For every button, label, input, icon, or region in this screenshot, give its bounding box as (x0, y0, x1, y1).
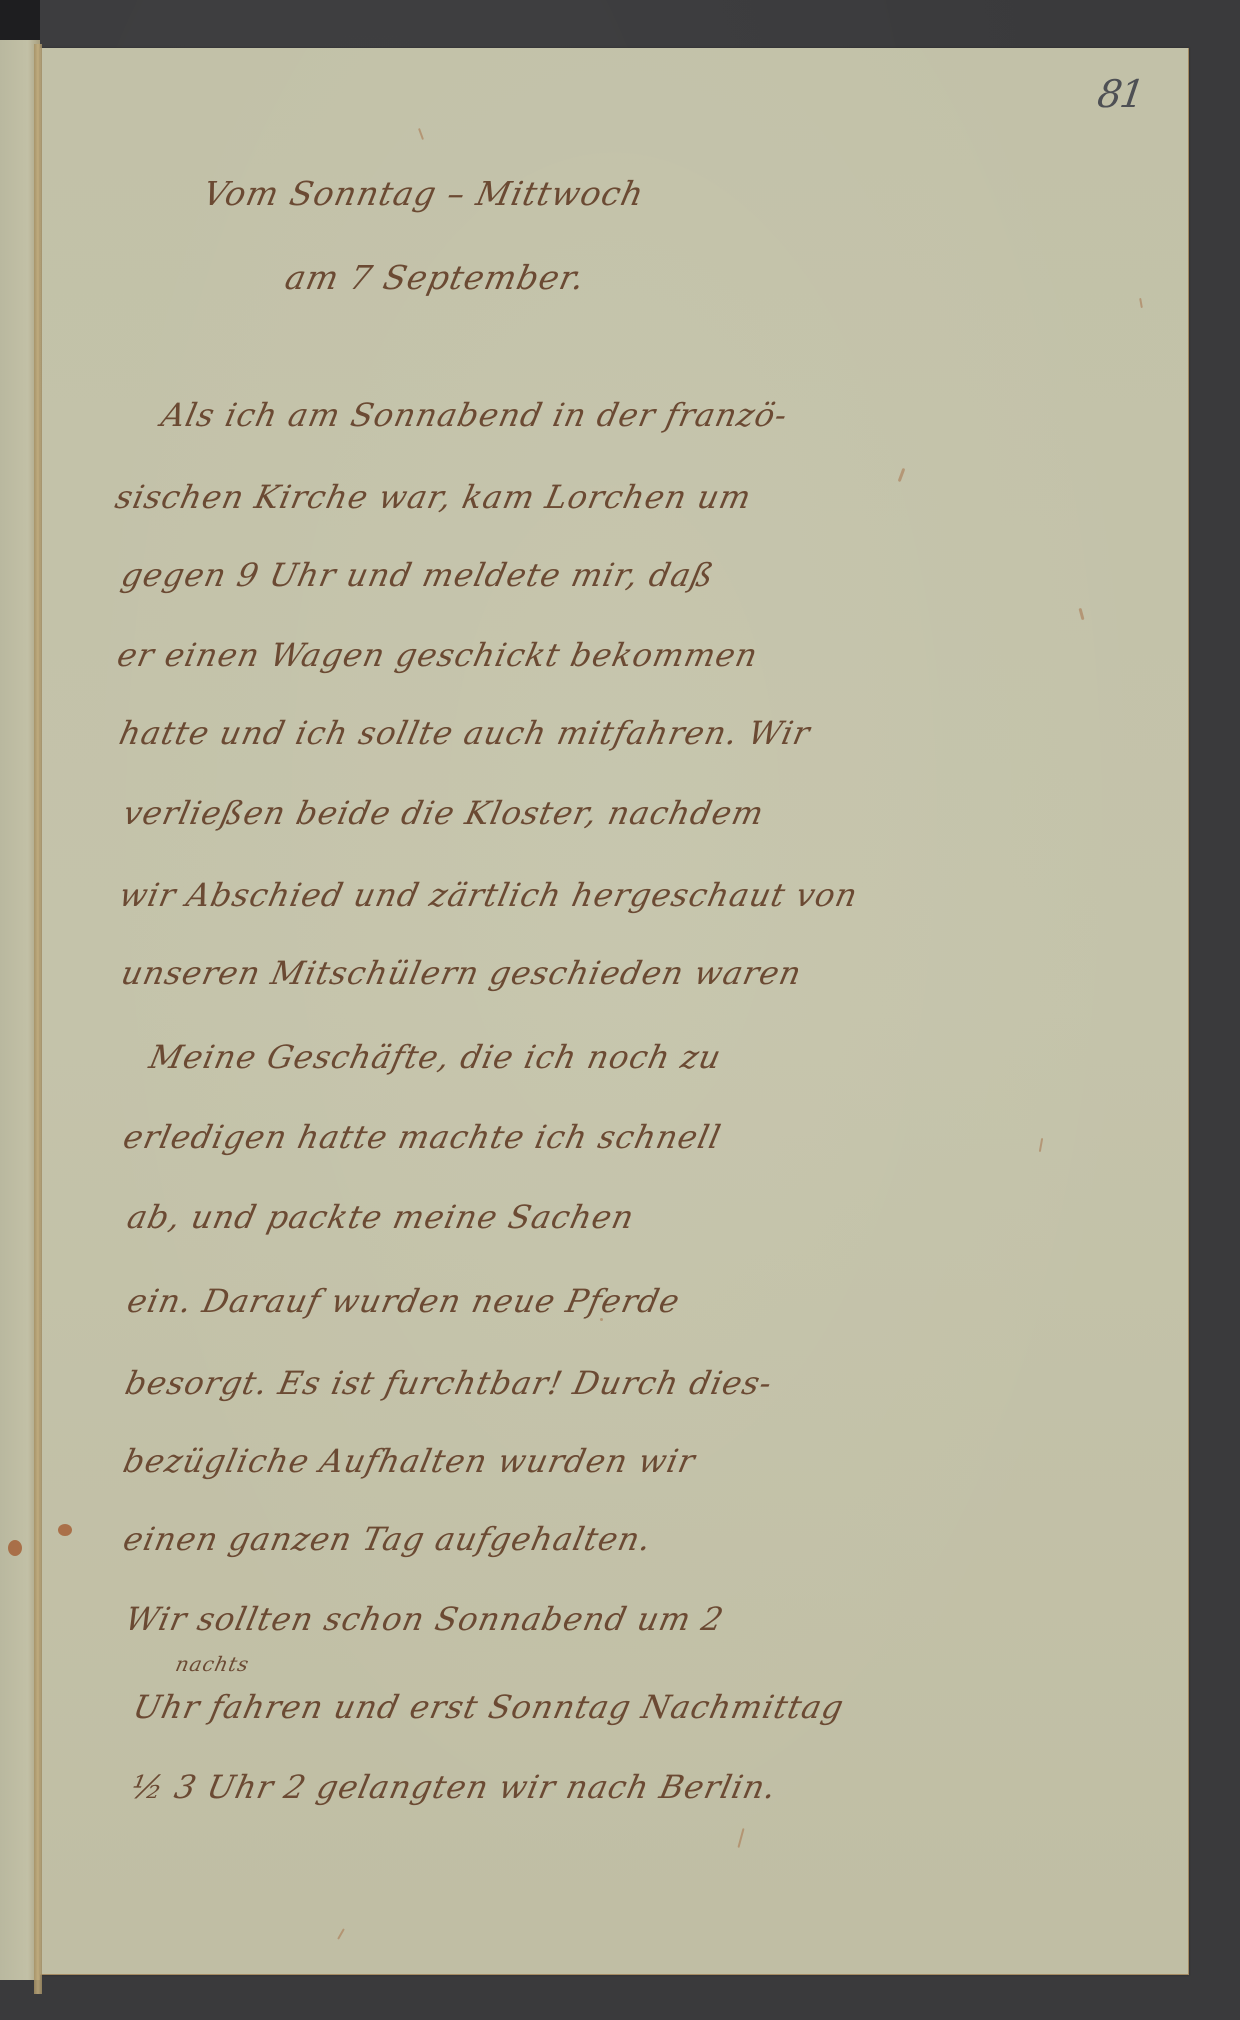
body-line-7: wir Abschied und zärtlich hergeschaut vo… (116, 876, 862, 914)
manuscript-page: 81 Vom Sonntag – Mittwoch am 7 September… (40, 48, 1189, 1975)
paper-fleck (1039, 1138, 1043, 1152)
heading-line-2: am 7 September. (282, 258, 589, 297)
body-line-8: unseren Mitschülern geschieden waren (118, 954, 805, 992)
book-gutter (34, 44, 42, 1994)
body-line-17: Uhr fahren und erst Sonntag Nachmittag (130, 1688, 848, 1726)
body-line-5: hatte und ich sollte auch mitfahren. Wir (116, 714, 814, 752)
page-number: 81 (1095, 72, 1146, 116)
interlinear-note: nachts (173, 1652, 251, 1676)
paper-fleck (1139, 298, 1143, 308)
paper-fleck (418, 128, 424, 140)
body-line-13: besorgt. Es ist furchtbar! Durch dies- (122, 1364, 776, 1402)
body-line-16: Wir sollten schon Sonnabend um 2 (122, 1600, 727, 1638)
paper-fleck (737, 1828, 744, 1848)
body-line-11: ab, und packte meine Sachen (124, 1198, 638, 1236)
rust-stain (8, 1540, 22, 1556)
paper-fleck (600, 1318, 603, 1321)
body-line-9: Meine Geschäfte, die ich noch zu (146, 1038, 725, 1076)
body-line-15: einen ganzen Tag aufgehalten. (120, 1520, 655, 1558)
body-line-12: ein. Darauf wurden neue Pferde (124, 1282, 684, 1320)
body-line-3: gegen 9 Uhr und meldete mir, daß (118, 556, 718, 594)
body-line-14: bezügliche Aufhalten wurden wir (120, 1442, 699, 1480)
rust-stain (58, 1524, 72, 1536)
body-line-18: ½ 3 Uhr 2 gelangten wir nach Berlin. (128, 1768, 780, 1806)
body-line-2: sischen Kirche war, kam Lorchen um (112, 478, 755, 516)
paper-fleck (337, 1928, 345, 1939)
body-line-4: er einen Wagen geschickt bekommen (114, 636, 762, 674)
heading-line-1: Vom Sonntag – Mittwoch (200, 174, 648, 213)
body-line-6: verließen beide die Kloster, nachdem (120, 794, 768, 832)
paper-fleck (1078, 608, 1084, 620)
book-binding (0, 0, 40, 40)
paper-fleck (898, 468, 906, 482)
body-line-1: Als ich am Sonnabend in der franzö- (158, 396, 791, 434)
body-line-10: erledigen hatte machte ich schnell (120, 1118, 725, 1156)
